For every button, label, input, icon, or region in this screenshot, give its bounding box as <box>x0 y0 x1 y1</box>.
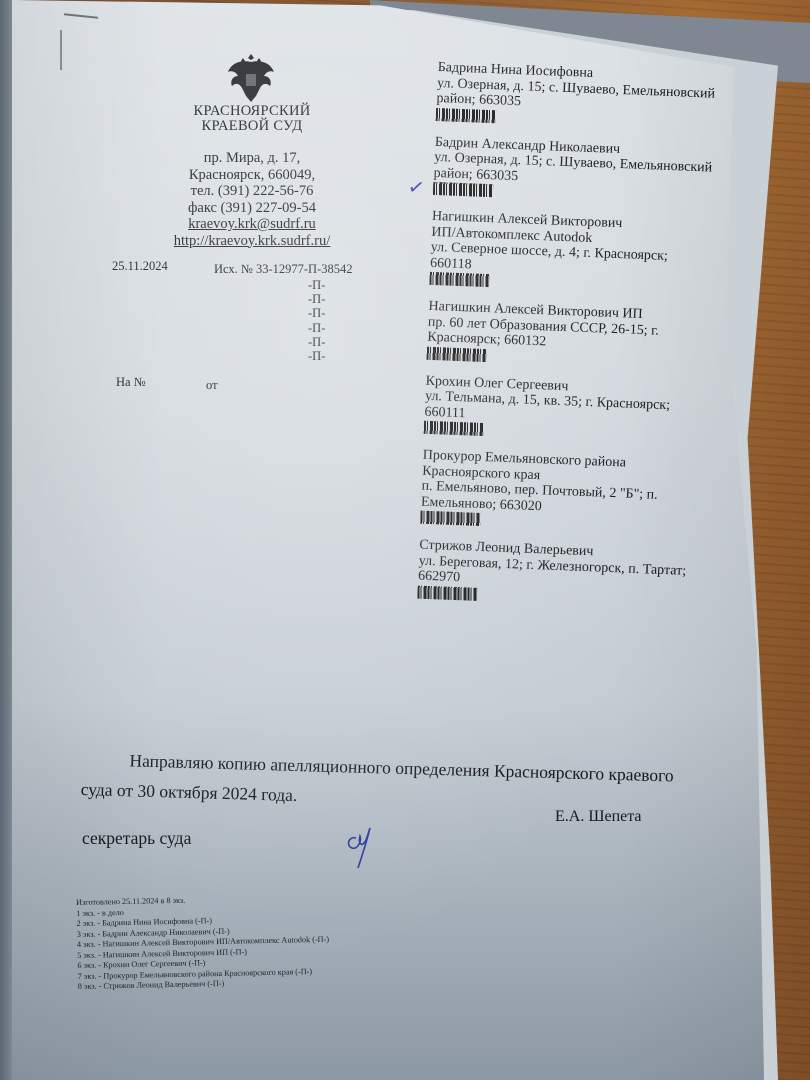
recipient: Нагишкин Алексей Викторович ИП/Автокомпл… <box>429 209 732 296</box>
court-city: Красноярск, 660049, <box>142 167 362 184</box>
distribution-list: Изготовлено 25.11.2024 в 8 экз. 1 экз. -… <box>76 893 330 993</box>
court-email-link[interactable]: kraevoy.krk@sudrf.ru <box>142 216 362 233</box>
letter-body: Направляю копию апелляционного определен… <box>80 744 741 822</box>
court-website-link[interactable]: http://kraevoy.krk.sudrf.ru/ <box>142 233 362 250</box>
barcode-icon <box>429 272 489 287</box>
outgoing-suffix: -П- <box>308 306 325 320</box>
barcode-icon <box>424 421 484 436</box>
outgoing-suffix: -П- <box>308 278 325 292</box>
reply-to-label: На № <box>116 375 146 390</box>
court-street: пр. Мира, д. 17, <box>142 150 362 167</box>
signer-name: Е.А. Шепета <box>555 808 642 826</box>
recipient: Бадрина Нина Иосифовна ул. Озерная, д. 1… <box>436 60 738 132</box>
letter-sheet: КРАСНОЯРСКИЙ КРАЕВОЙ СУД пр. Мира, д. 17… <box>12 0 764 1080</box>
letter-date: 25.11.2024 <box>112 259 168 274</box>
outgoing-suffix: -П- <box>308 349 325 363</box>
barcode-icon <box>417 585 477 600</box>
court-name-line: КРАЕВОЙ СУД <box>162 119 342 134</box>
outgoing-suffix: -П- <box>308 321 325 335</box>
recipient: Стрижов Леонид Валерьевич ул. Береговая,… <box>417 538 719 610</box>
court-name-line: КРАСНОЯРСКИЙ <box>162 104 342 119</box>
outgoing-suffix: -П- <box>308 335 325 349</box>
recipient: Крохин Олег Сергеевич ул. Тельмана, д. 1… <box>424 373 726 445</box>
recipient: Бадрин Александр Николаевич ул. Озерная,… <box>433 134 735 206</box>
court-fax: факс (391) 227-09-54 <box>142 200 362 217</box>
recipient: Прокурор Емельяновского района Красноярс… <box>420 448 723 535</box>
court-phone: тел. (391) 222-56-76 <box>142 183 362 200</box>
barcode-icon <box>433 182 493 197</box>
letter-content: КРАСНОЯРСКИЙ КРАЕВОЙ СУД пр. Мира, д. 17… <box>12 0 764 1080</box>
barcode-icon <box>420 511 480 526</box>
barcode-icon <box>427 346 487 361</box>
signature-icon <box>340 810 380 870</box>
outgoing-suffix: -П- <box>308 292 325 306</box>
coat-of-arms-icon <box>224 50 278 106</box>
court-address-block: пр. Мира, д. 17, Красноярск, 660049, тел… <box>142 150 362 249</box>
recipient: Нагишкин Алексей Викторович ИП пр. 60 ле… <box>427 299 729 371</box>
recipient-list: Бадрина Нина Иосифовна ул. Озерная, д. 1… <box>417 60 738 624</box>
court-name: КРАСНОЯРСКИЙ КРАЕВОЙ СУД <box>162 104 342 134</box>
outgoing-number: Исх. № 33-12977-П-38542 <box>214 262 352 277</box>
signer-title: секретарь суда <box>82 828 191 849</box>
outgoing-suffix-list: -П- -П- -П- -П- -П- -П- <box>308 278 325 363</box>
handwritten-checkmark-icon: ✓ <box>406 174 427 201</box>
barcode-icon <box>436 107 496 122</box>
reply-from-label: от <box>206 378 218 393</box>
